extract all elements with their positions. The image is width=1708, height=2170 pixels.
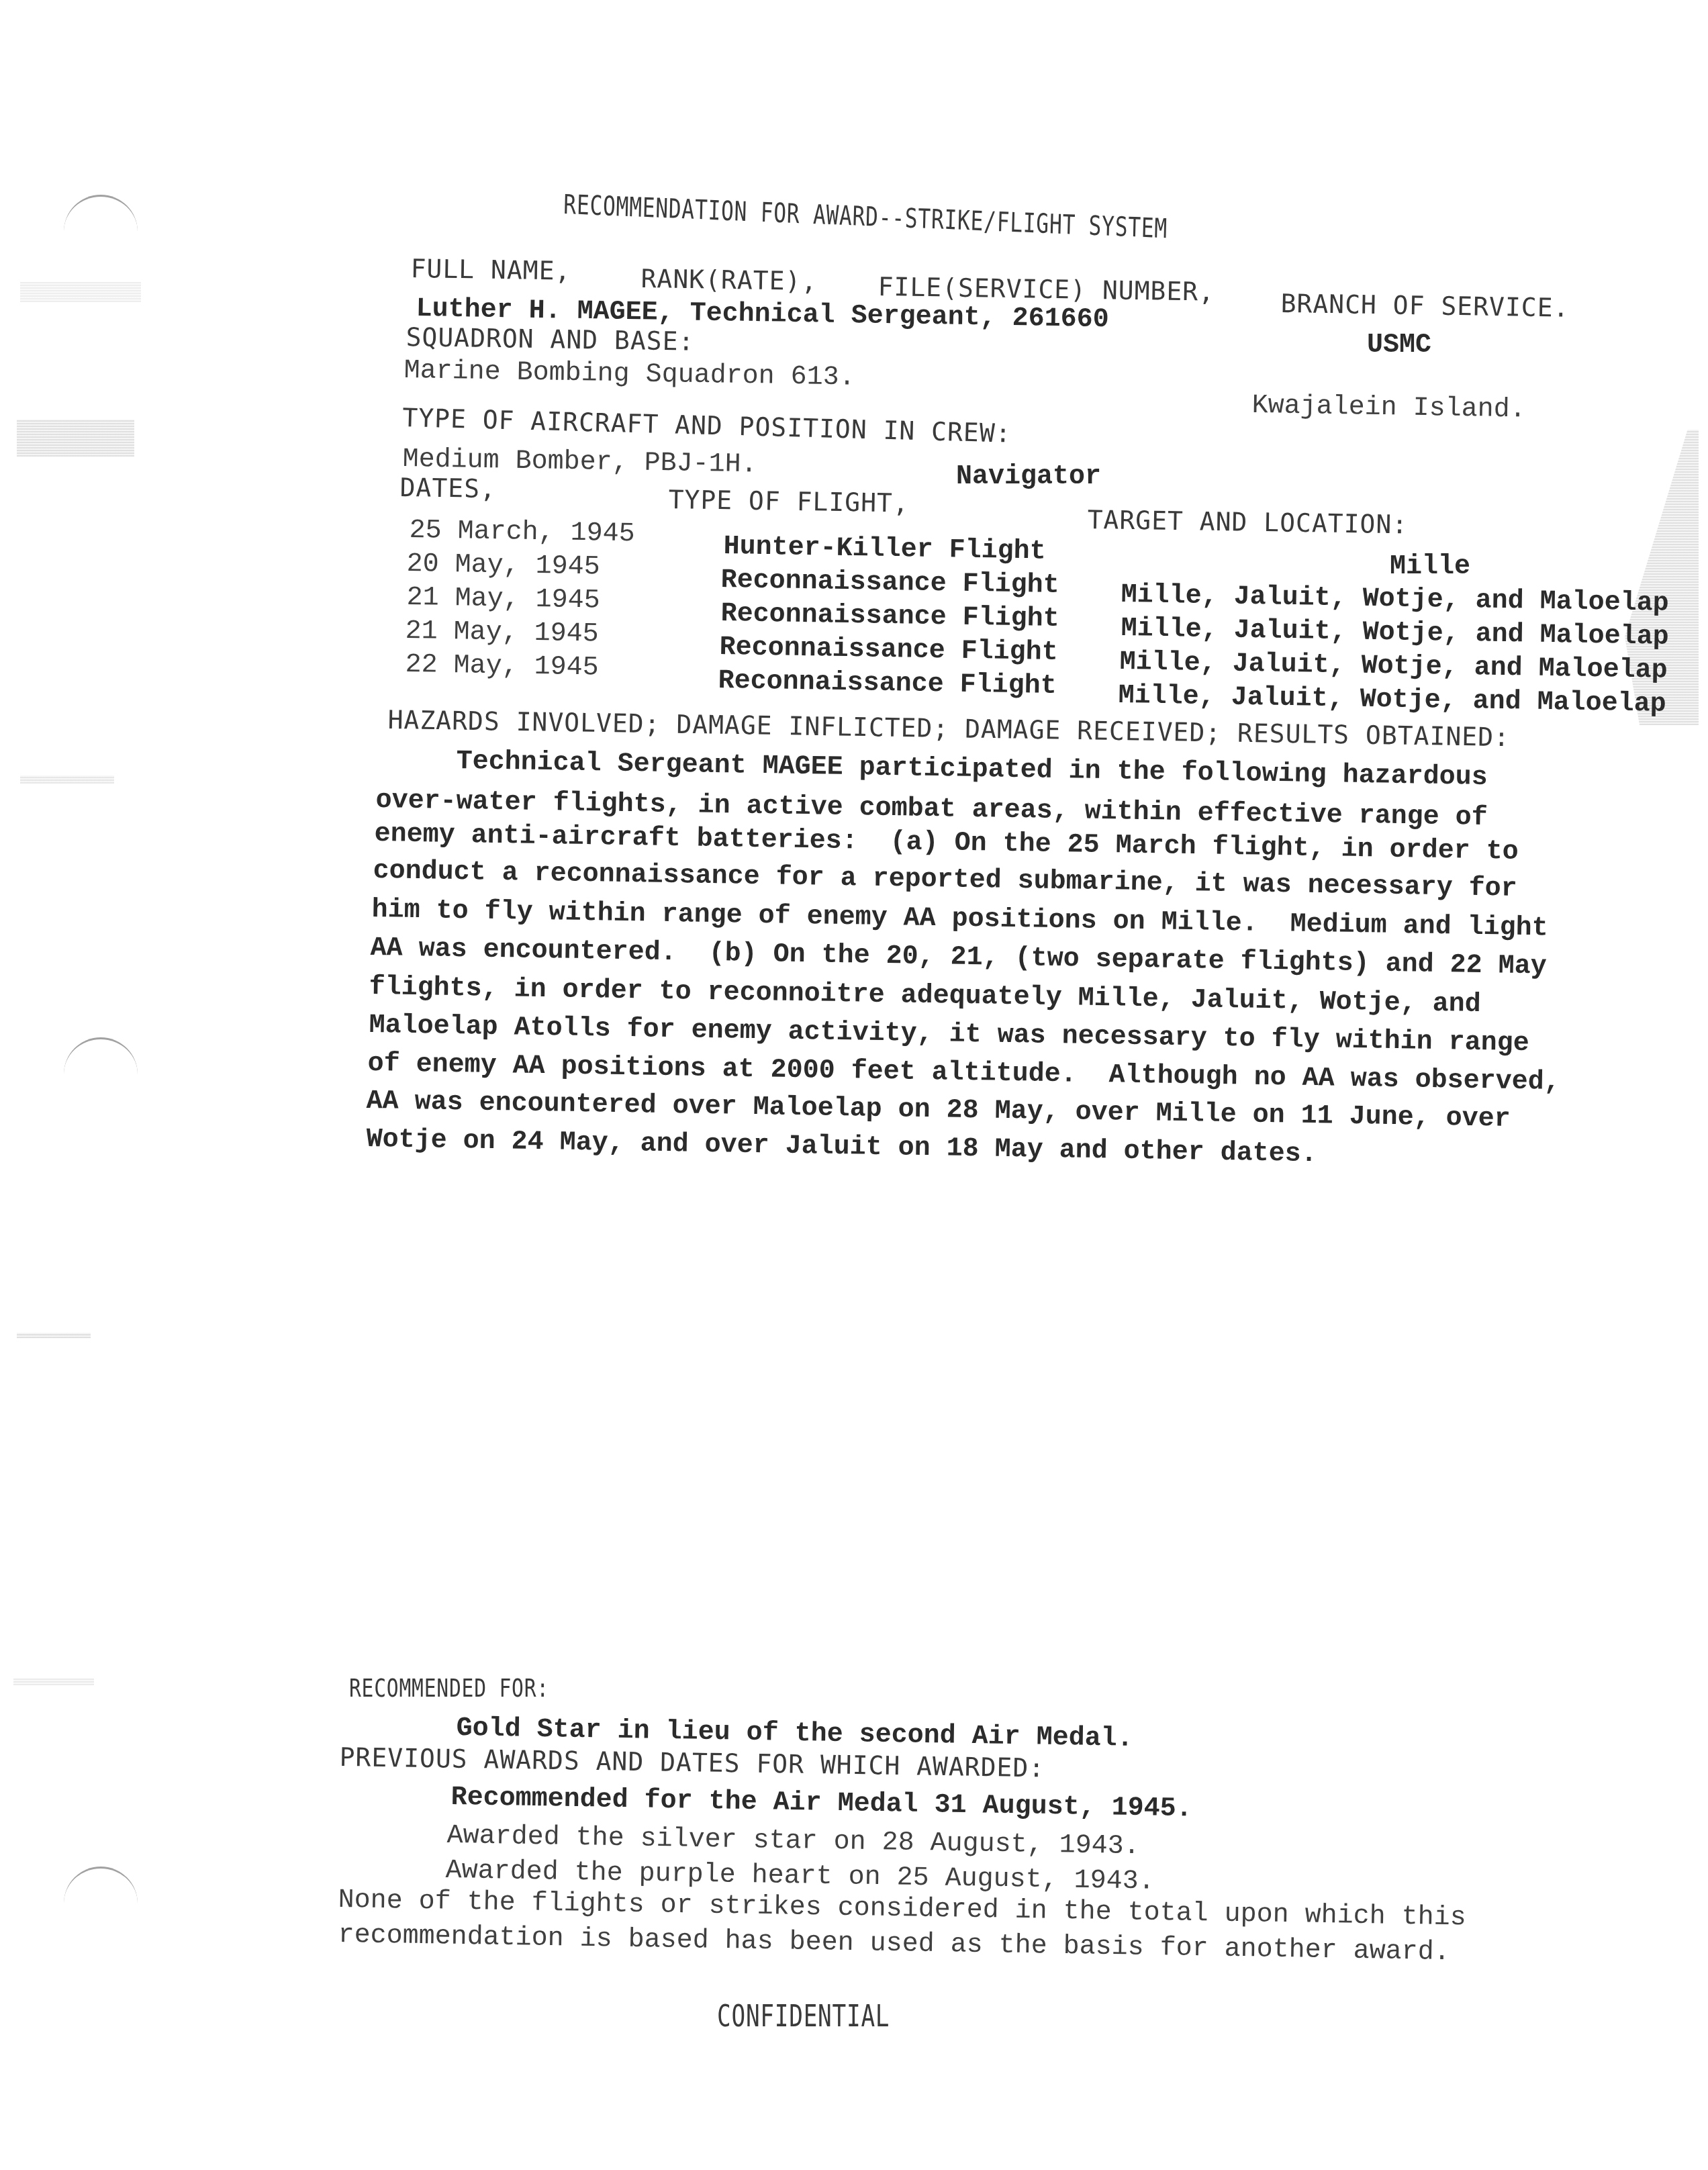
hole-punch-mark xyxy=(64,1037,138,1086)
scan-smudge xyxy=(20,282,141,302)
narrative-line: Technical Sergeant MAGEE participated in… xyxy=(375,745,1488,793)
flight-type: Reconnaissance Flight xyxy=(718,666,1057,702)
flight-type: Hunter-Killer Flight xyxy=(723,532,1046,567)
base-value: Kwajalein Island. xyxy=(1251,391,1526,425)
flight-target: Mille, Jaluit, Wotje, and Maloelap xyxy=(1121,614,1669,653)
scan-smudge xyxy=(17,1333,91,1338)
label-rank: RANK(RATE), xyxy=(640,264,817,296)
label-branch: BRANCH OF SERVICE. xyxy=(1280,289,1569,323)
previous-award-item: Recommended for the Air Medal 31 August,… xyxy=(450,1783,1192,1824)
previous-award-item: Awarded the silver star on 28 August, 19… xyxy=(446,1821,1140,1862)
flight-target: Mille, Jaluit, Wotje, and Maloelap xyxy=(1119,647,1668,686)
hole-punch-mark xyxy=(64,195,138,244)
scan-smudge xyxy=(20,775,114,784)
label-recommended-for: RECOMMENDED FOR: xyxy=(349,1673,549,1703)
flight-target: Mille, Jaluit, Wotje, and Maloelap xyxy=(1121,580,1669,619)
flight-date: 25 March, 1945 xyxy=(409,516,635,549)
flight-type: Reconnaissance Flight xyxy=(720,599,1059,634)
flight-target: Mille, Jaluit, Wotje, and Maloelap xyxy=(1118,681,1666,720)
document-title: RECOMMENDATION FOR AWARD--STRIKE/FLIGHT … xyxy=(563,189,1168,244)
flight-date: 21 May, 1945 xyxy=(405,616,599,650)
flight-type: Reconnaissance Flight xyxy=(720,565,1059,601)
scan-smudge xyxy=(17,420,134,457)
flight-date: 22 May, 1945 xyxy=(405,650,599,683)
flight-type: Reconnaissance Flight xyxy=(719,632,1058,668)
hole-punch-mark xyxy=(64,1867,138,1916)
flight-date: 20 May, 1945 xyxy=(406,549,600,583)
branch-value: USMC xyxy=(1367,330,1431,361)
squadron-value: Marine Bombing Squadron 613. xyxy=(404,356,855,393)
flight-target: Mille xyxy=(1390,552,1470,582)
header-dates: DATES, xyxy=(399,473,496,504)
narrative-line: Wotje on 24 May, and over Jaluit on 18 M… xyxy=(366,1125,1317,1170)
label-aircraft-position: TYPE OF AIRCRAFT AND POSITION IN CREW: xyxy=(402,403,1012,449)
label-full-name: FULL NAME, xyxy=(410,254,571,286)
header-type-of-flight: TYPE OF FLIGHT, xyxy=(668,485,909,518)
scan-smudge xyxy=(13,1679,94,1685)
flight-date: 21 May, 1945 xyxy=(406,583,600,616)
classification-stamp: CONFIDENTIAL xyxy=(717,1999,890,2034)
label-squadron-base: SQUADRON AND BASE: xyxy=(406,322,694,357)
header-target-location: TARGET AND LOCATION: xyxy=(1087,505,1408,539)
crew-position: Navigator xyxy=(956,462,1101,492)
